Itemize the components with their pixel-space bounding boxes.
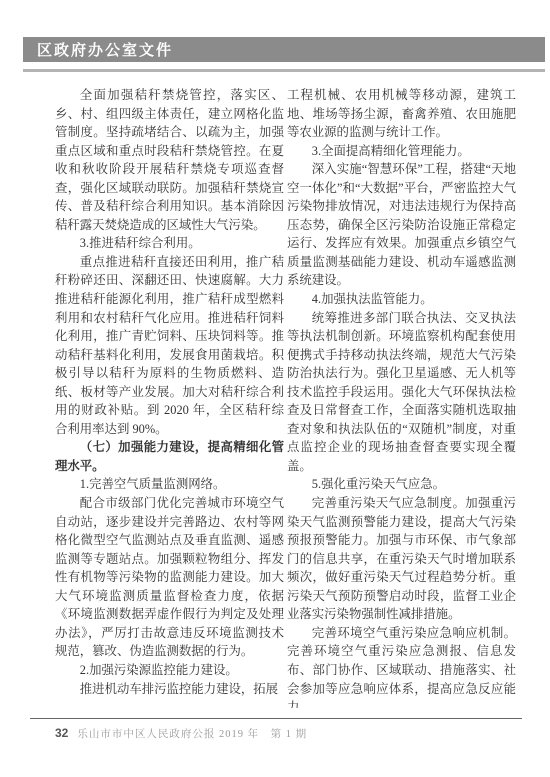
paragraph: 工程机械、农用机械等移动源，建筑工地、堆场等扬尘源，畜禽养殖、农田施肥等农业源的…	[287, 86, 516, 142]
section-heading: 2.加强污染源监控能力建设。	[55, 661, 284, 680]
section-heading: 3.推进秸秆综合利用。	[55, 234, 284, 253]
publication-title: 乐山市市中区人民政府公报 2019 年 第 1 期	[77, 726, 307, 741]
section-heading: 3.全面提高精细化管理能力。	[287, 142, 516, 161]
paragraph: 推进机动车排污监控能力建设，拓展	[55, 680, 284, 699]
footer-divider	[30, 718, 522, 719]
paragraph: 配合市级部门优化完善城市环境空气自动站，逐步建设并完善路边、农村等网格化微型空气…	[55, 494, 284, 661]
paragraph: 全面加强秸秆禁烧管控，落实区、乡、村、组四级主体责任，建立网格化监管制度。坚持疏…	[55, 86, 284, 234]
section-heading: 1.完善空气质量监测网络。	[55, 475, 284, 494]
page-number: 32	[55, 726, 68, 740]
paragraph: 完善环境空气重污染应急响应机制。完善环境空气重污染应急测报、信息发布、部门协作、…	[287, 624, 516, 708]
text-column-left: 全面加强秸秆禁烧管控，落实区、乡、村、组四级主体责任，建立网格化监管制度。坚持疏…	[55, 86, 284, 708]
banner-title: 区政府办公室文件	[37, 39, 173, 60]
document-header-banner: 区政府办公室文件	[23, 37, 545, 62]
footer: 32 乐山市市中区人民政府公报 2019 年 第 1 期	[55, 726, 515, 741]
paragraph: 重点推进秸秆直接还田利用，推广秸秆粉碎还田、深翻还田、快速腐解。大力推进秸秆能源…	[55, 253, 284, 438]
paragraph: 深入实施“智慧环保”工程，搭建“天地空一体化”和“大数据”平台，严密监控大气污染…	[287, 160, 516, 290]
header-divider	[23, 69, 545, 72]
document-page: 区政府办公室文件 全面加强秸秆禁烧管控，落实区、乡、村、组四级主体责任，建立网格…	[0, 0, 550, 777]
text-column-right: 工程机械、农用机械等移动源，建筑工地、堆场等扬尘源，畜禽养殖、农田施肥等农业源的…	[287, 86, 516, 708]
section-heading: 5.强化重污染天气应急。	[287, 475, 516, 494]
paragraph: 统筹推进多部门联合执法、交叉执法等执法机制创新。环境监察机构配套使用便携式手持移…	[287, 309, 516, 476]
subsection-heading: （七）加强能力建设，提高精细化管理水平。	[55, 438, 284, 475]
paragraph: 完善重污染天气应急制度。加强重污染天气监测预警能力建设，提高大气污染预报预警能力…	[287, 494, 516, 624]
section-heading: 4.加强执法监管能力。	[287, 290, 516, 309]
